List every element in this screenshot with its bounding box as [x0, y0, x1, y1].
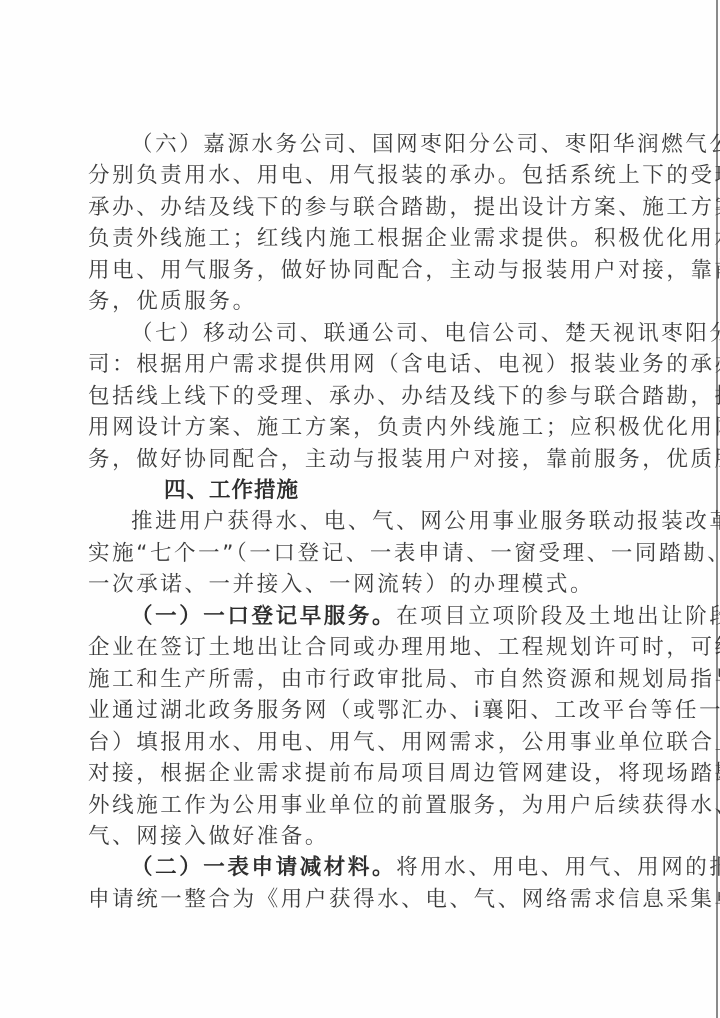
text-line: 务，优质服务。	[88, 286, 630, 317]
text-line: 承办、办结及线下的参与联合踏勘，提出设计方案、施工方案，	[88, 192, 630, 223]
text-line: 施工和生产所需，由市行政审批局、市自然资源和规划局指导企	[88, 664, 630, 695]
document-body: （六）嘉源水务公司、国网枣阳分公司、枣阳华润燃气公司： 分别负责用水、用电、用气…	[88, 129, 630, 915]
paragraph-section-intro: 推进用户获得水、电、气、网公用事业服务联动报装改革， 实施“七个一”（一口登记、…	[88, 506, 630, 600]
paragraph-item-6: （六）嘉源水务公司、国网枣阳分公司、枣阳华润燃气公司： 分别负责用水、用电、用气…	[88, 129, 630, 318]
text-line: 司：根据用户需求提供用网（含电话、电视）报装业务的承办。	[88, 349, 630, 380]
text-line: （六）嘉源水务公司、国网枣阳分公司、枣阳华润燃气公司：	[88, 129, 630, 160]
text-line: 业通过湖北政务服务网（或鄂汇办、i襄阳、工改平台等任一平	[88, 695, 630, 726]
text-line: 用网设计方案、施工方案，负责内外线施工；应积极优化用网服	[88, 412, 630, 443]
text-line: 台）填报用水、用电、用气、用网需求，公用事业单位联合上门	[88, 727, 630, 758]
text-line: 用电、用气服务，做好协同配合，主动与报装用户对接，靠前服	[88, 255, 630, 286]
document-page: （六）嘉源水务公司、国网枣阳分公司、枣阳华润燃气公司： 分别负责用水、用电、用气…	[0, 0, 718, 1018]
text-run: 在项目立项阶段及土地出让阶段，	[396, 604, 720, 629]
section-heading-text: 四、工作措施	[88, 475, 630, 506]
text-line: 推进用户获得水、电、气、网公用事业服务联动报装改革，	[88, 506, 630, 537]
text-line: （二）一表申请减材料。将用水、用电、用气、用网的报装	[88, 852, 630, 883]
text-line: 务，做好协同配合，主动与报装用户对接，靠前服务，优质服务。	[88, 444, 630, 475]
text-line: 负责外线施工；红线内施工根据企业需求提供。积极优化用水、	[88, 223, 630, 254]
text-line: 实施“七个一”（一口登记、一表申请、一窗受理、一同踏勘、	[88, 538, 630, 569]
section-heading: 四、工作措施	[88, 475, 630, 506]
paragraph-measure-1: （一）一口登记早服务。在项目立项阶段及土地出让阶段， 企业在签订土地出让合同或办…	[88, 601, 630, 853]
text-line: 企业在签订土地出让合同或办理用地、工程规划许可时，可结合	[88, 632, 630, 663]
text-line: 申请统一整合为《用户获得水、电、气、网络需求信息采集单》，	[88, 884, 630, 915]
measure-title: （二）一表申请减材料。	[131, 855, 396, 880]
text-line: 分别负责用水、用电、用气报装的承办。包括系统上下的受理、	[88, 160, 630, 191]
text-line: 气、网接入做好准备。	[88, 821, 630, 852]
text-run: 将用水、用电、用气、用网的报装	[396, 855, 720, 880]
text-line: 包括线上线下的受理、承办、办结及线下的参与联合踏勘，提出	[88, 381, 630, 412]
text-line: 一次承诺、一并接入、一网流转）的办理模式。	[88, 569, 630, 600]
text-line: （七）移动公司、联通公司、电信公司、楚天视讯枣阳分公	[88, 318, 630, 349]
text-line: （一）一口登记早服务。在项目立项阶段及土地出让阶段，	[88, 601, 630, 632]
text-line: 对接，根据企业需求提前布局项目周边管网建设，将现场踏勘、	[88, 758, 630, 789]
paragraph-measure-2: （二）一表申请减材料。将用水、用电、用气、用网的报装 申请统一整合为《用户获得水…	[88, 852, 630, 915]
measure-title: （一）一口登记早服务。	[131, 604, 396, 629]
paragraph-item-7: （七）移动公司、联通公司、电信公司、楚天视讯枣阳分公 司：根据用户需求提供用网（…	[88, 318, 630, 475]
text-line: 外线施工作为公用事业单位的前置服务，为用户后续获得水、电、	[88, 790, 630, 821]
